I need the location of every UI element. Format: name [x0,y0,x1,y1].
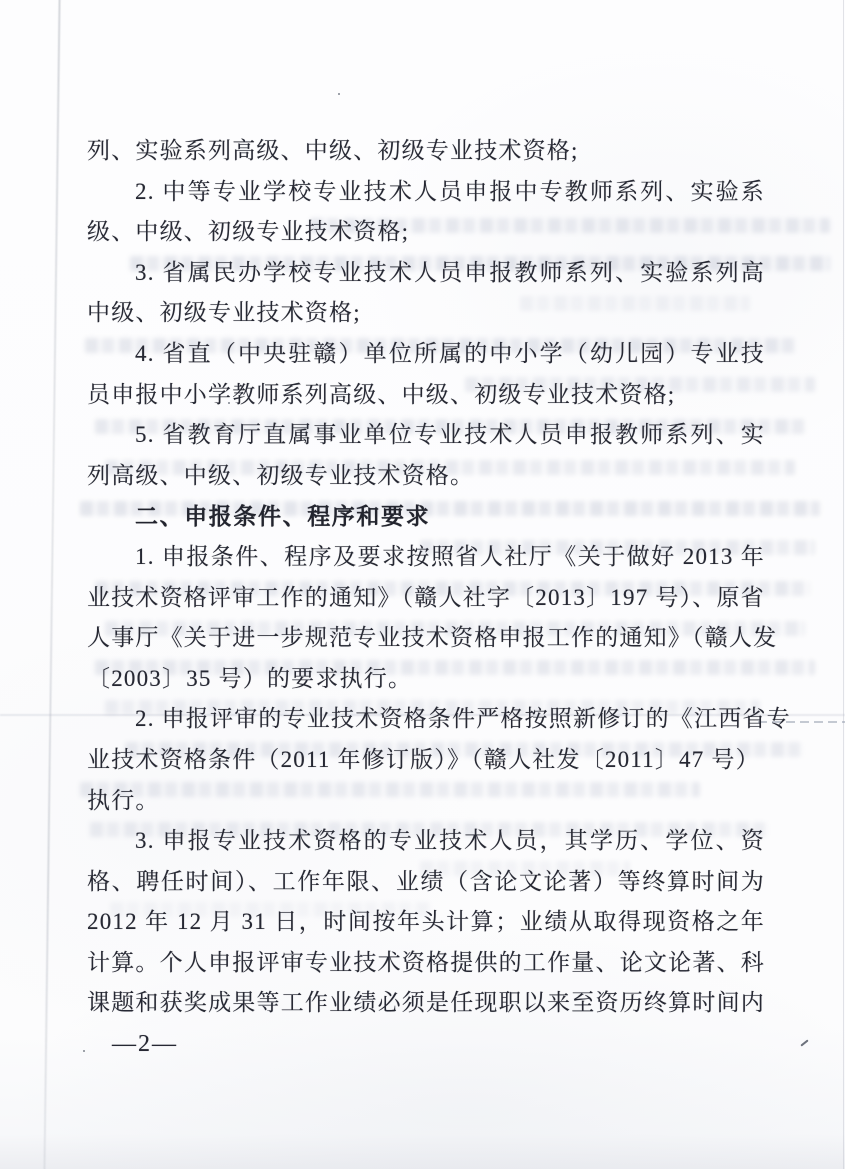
text-line: 2012 年 12 月 31 日，时间按年头计算；业绩从取得现资格之年起 [87,902,765,943]
document-body: 列、实验系列高级、中级、初级专业技术资格;2. 中等专业学校专业技术人员申报中专… [87,131,765,1024]
page-number: —2— [112,1031,178,1058]
text-line: 〔2003〕35 号）的要求执行。 [87,659,765,700]
text-line: 1. 申报条件、程序及要求按照省人社厅《关于做好 2013 年专 [87,537,765,578]
section-heading: 二、申报条件、程序和要求 [87,496,765,537]
paper-fold-line [43,0,60,1169]
text-line: 计算。个人申报评审专业技术资格提供的工作量、论文论著、科研 [87,943,765,984]
text-line: 中级、初级专业技术资格; [87,293,765,334]
scan-speck [83,1050,85,1052]
text-line: 4. 省直（中央驻赣）单位所属的中小学（幼儿园）专业技术人 [87,334,765,375]
text-line: 列高级、中级、初级专业技术资格。 [87,456,765,497]
text-line: 2. 申报评审的专业技术资格条件严格按照新修订的《江西省专 [87,699,765,740]
text-line: 5. 省教育厅直属事业单位专业技术人员申报教师系列、实验系 [87,415,765,456]
text-line: 级、中级、初级专业技术资格; [87,212,765,253]
text-line: 3. 申报专业技术资格的专业技术人员，其学历、学位、资历（资 [87,821,765,862]
text-line: 3. 省属民办学校专业技术人员申报教师系列、实验系列高级、 [87,253,765,294]
text-line: 业技术资格条件（2011 年修订版）》（赣人社发〔2011〕47 号） [87,740,765,781]
text-line: 格、聘任时间）、工作年限、业绩（含论文论著）等终算时间为 [87,862,765,903]
text-line: 课题和获奖成果等工作业绩必须是任现职以来至资历终算时间内 [87,983,765,1024]
text-line: 列、实验系列高级、中级、初级专业技术资格; [87,131,765,172]
pen-tick-mark [800,1039,808,1046]
text-line: 执行。 [87,781,765,822]
text-line: 人事厅《关于进一步规范专业技术资格申报工作的通知》（赣人发 [87,618,765,659]
scan-speck [338,93,340,95]
scanned-document-page: 列、实验系列高级、中级、初级专业技术资格;2. 中等专业学校专业技术人员申报中专… [0,0,845,1169]
text-line: 员申报中小学教师系列高级、中级、初级专业技术资格; [87,375,765,416]
text-line: 2. 中等专业学校专业技术人员申报中专教师系列、实验系列高 [87,172,765,213]
text-line: 业技术资格评审工作的通知》（赣人社字〔2013〕197 号）、原省 [87,578,765,619]
paper-right-edge [843,0,844,1169]
